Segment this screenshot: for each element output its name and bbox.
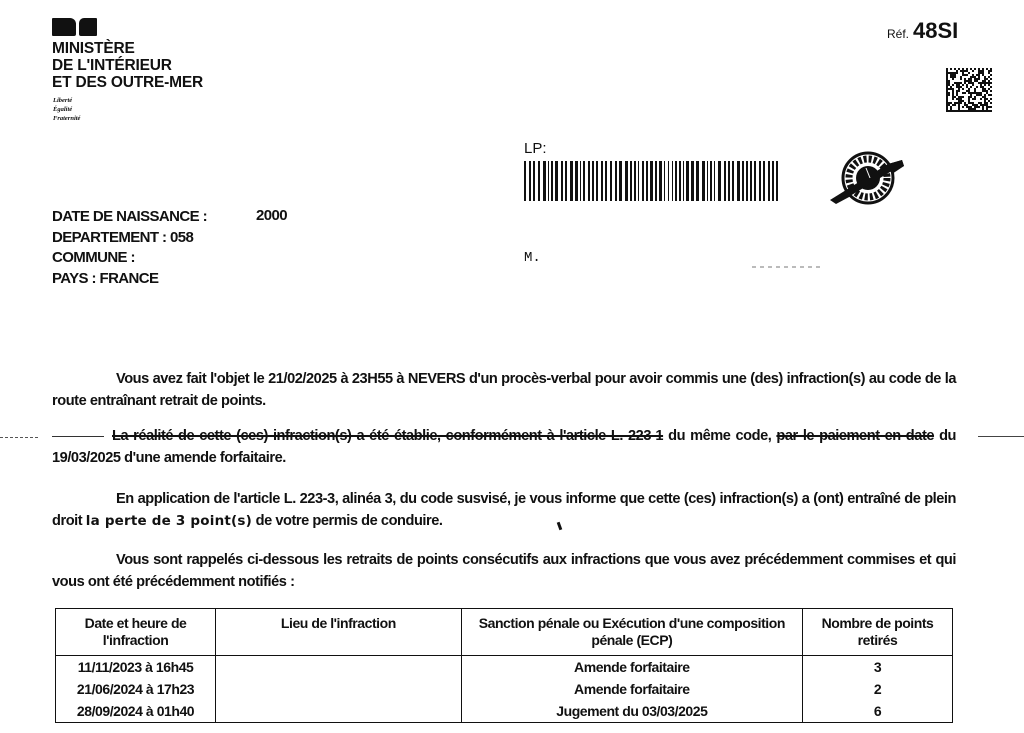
motto-line: Fraternité	[53, 114, 80, 123]
column-header-points: Nombre de points retirés	[802, 609, 952, 656]
margin-mark	[0, 437, 38, 438]
cell-points: 2	[802, 678, 952, 700]
paragraph-point-loss: En application de l'article L. 223-3, al…	[52, 488, 956, 532]
marianne-logo-icon	[52, 18, 98, 36]
cell-date: 11/11/2023 à 16h45	[56, 656, 216, 679]
paragraph-previous-withdrawals: Vous sont rappelés ci-dessous les retrai…	[52, 549, 956, 593]
postal-barcode-icon	[524, 161, 780, 201]
motto-line: Égalité	[53, 105, 80, 114]
cell-date: 21/06/2024 à 17h23	[56, 678, 216, 700]
cell-location	[216, 678, 462, 700]
country-row: PAYS : FRANCE	[52, 269, 207, 290]
commune-label: COMMUNE :	[52, 248, 207, 269]
recipient-info: DATE DE NAISSANCE : DEPARTEMENT : 058 CO…	[52, 207, 207, 289]
department-row: DEPARTEMENT : 058	[52, 228, 207, 249]
paragraph-text: du même code,	[663, 428, 776, 444]
ministry-line: DE L'INTÉRIEUR	[52, 57, 203, 74]
country-value: FRANCE	[100, 270, 159, 287]
paragraph-established: La réalité de cette (ces) infraction(s) …	[52, 425, 956, 469]
cell-points: 6	[802, 700, 952, 723]
paragraph-text: Vous sont rappelés ci-dessous les retrai…	[52, 552, 956, 590]
column-header-date: Date et heure de l'infraction	[56, 609, 216, 656]
points-withdrawal-table: Date et heure de l'infraction Lieu de l'…	[55, 608, 953, 723]
cell-points: 3	[802, 656, 952, 679]
addressee-name: M.	[524, 250, 541, 266]
department-value: 058	[170, 229, 193, 246]
republic-motto: Liberté Égalité Fraternité	[53, 96, 80, 123]
redacted-address	[752, 266, 820, 268]
points-lost-highlight: la perte de 3 point(s)	[86, 513, 252, 529]
reference: Réf.48SI	[887, 18, 958, 44]
cell-sanction: Amende forfaitaire	[461, 656, 802, 679]
lead-dash	[52, 436, 104, 437]
cell-sanction: Amende forfaitaire	[461, 678, 802, 700]
paragraph-text: de votre permis de conduire.	[252, 513, 443, 529]
cell-sanction: Jugement du 03/03/2025	[461, 700, 802, 723]
cell-location	[216, 656, 462, 679]
department-label: DEPARTEMENT :	[52, 229, 166, 246]
column-header-location: Lieu de l'infraction	[216, 609, 462, 656]
lp-label: LP:	[524, 140, 547, 157]
birthdate-label: DATE DE NAISSANCE :	[52, 207, 207, 228]
table-header-row: Date et heure de l'infraction Lieu de l'…	[56, 609, 953, 656]
table-row: 28/09/2024 à 01h40 Jugement du 03/03/202…	[56, 700, 953, 723]
struck-text: par le paiement en date	[776, 428, 934, 444]
birthdate-value: 2000	[256, 207, 287, 224]
country-label: PAYS :	[52, 270, 96, 287]
margin-mark	[978, 436, 1024, 437]
reference-label: Réf.	[887, 27, 909, 41]
table-row: 11/11/2023 à 16h45 Amende forfaitaire 3	[56, 656, 953, 679]
ministry-line: MINISTÈRE	[52, 40, 203, 57]
datamatrix-code-icon	[946, 68, 992, 112]
table-row: 21/06/2024 à 17h23 Amende forfaitaire 2	[56, 678, 953, 700]
gouvernement-stamp-icon	[826, 150, 908, 206]
ministry-name: MINISTÈRE DE L'INTÉRIEUR ET DES OUTRE-ME…	[52, 40, 203, 91]
paragraph-infraction-notice: Vous avez fait l'objet le 21/02/2025 à 2…	[52, 368, 956, 412]
motto-line: Liberté	[53, 96, 80, 105]
column-header-sanction: Sanction pénale ou Exécution d'une compo…	[461, 609, 802, 656]
paragraph-text: Vous avez fait l'objet le 21/02/2025 à 2…	[52, 371, 956, 409]
cell-location	[216, 700, 462, 723]
struck-text: La réalité de cette (ces) infraction(s) …	[112, 428, 663, 444]
cell-date: 28/09/2024 à 01h40	[56, 700, 216, 723]
reference-value: 48SI	[913, 18, 958, 43]
ministry-line: ET DES OUTRE-MER	[52, 74, 203, 91]
